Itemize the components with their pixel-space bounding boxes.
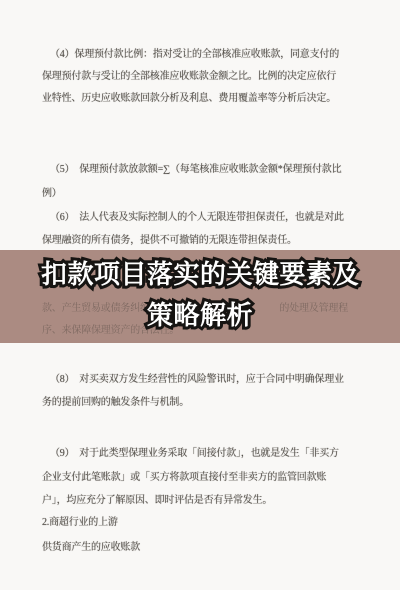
title-banner: 款、产生贸易或债务纠纷 的处理及管理程 序、来保障保理资产的合法性。 扣款项目落… (0, 250, 400, 343)
document-line: 保理融资的所有债务，提供不可撤销的无限连带担保责任。 (42, 231, 297, 246)
document-line: 务的提前回购的触发条件与机制。 (42, 393, 189, 408)
document-line: （8） 对买卖双方发生经营性的风险警讯时，应于合同中明确保理业 (50, 370, 344, 385)
document-line: 保理预付款与受让的全部核准应收账款金额之比。比例的决定应依行 (42, 67, 336, 82)
document-line: 例） (42, 184, 62, 199)
page-title-line-1: 扣款项目落实的关键要素及 扣款项目落实的关键要素及 (0, 254, 400, 295)
page-title-text: 扣款项目落实的关键要素及 (41, 259, 359, 289)
section-heading: 2.商超行业的上游 (42, 513, 118, 528)
page-title-text: 策略解析 (147, 300, 253, 330)
document-line: 户」，均应充分了解原因、即时评估是否有异常发生。 (42, 491, 272, 506)
document-line: 供货商产生的应收账款 (42, 538, 140, 553)
document-line: （9） 对于此类型保理业务采取「间接付款」，也就是发生「非买方 (50, 444, 339, 459)
page-title-line-2: 策略解析 策略解析 (0, 295, 400, 336)
page-title: 扣款项目落实的关键要素及 扣款项目落实的关键要素及 策略解析 策略解析 (0, 254, 400, 336)
document-line: （6） 法人代表及实际控制人的个人无限连带担保责任，也就是对此 (50, 208, 344, 223)
document-line: 企业支付此笔账款」或「买方将款项直接付至非卖方的监管回款账 (42, 468, 326, 483)
document-line: （5） 保理预付款放款额=∑（每笔核准应收账款金额*保理预付款比 (50, 160, 341, 175)
document-line: （4）保理预付款比例：指对受让的全部核准应收账款，同意支付的 (50, 45, 339, 60)
document-line: 业特性、历史应收账款回款分析及利息、费用覆盖率等分析后决定。 (42, 89, 336, 104)
document-page: （4）保理预付款比例：指对受让的全部核准应收账款，同意支付的 保理预付款与受让的… (0, 0, 400, 590)
